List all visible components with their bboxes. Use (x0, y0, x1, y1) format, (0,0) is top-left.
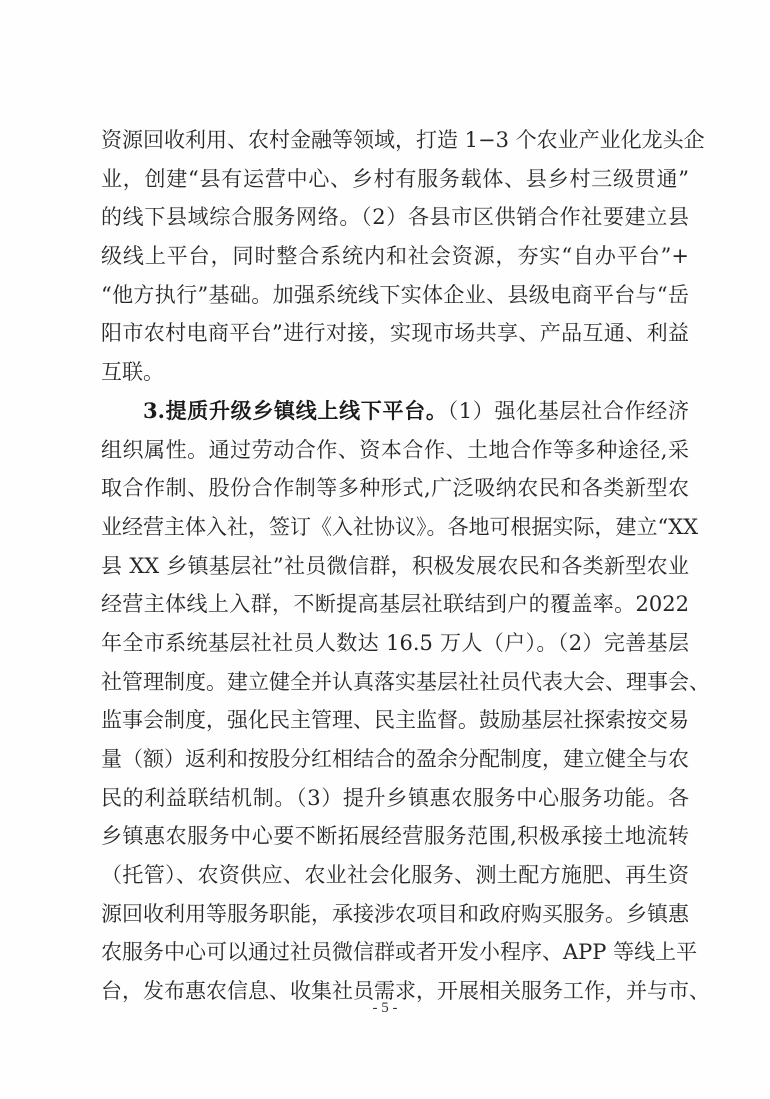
section-heading-line: 3.提质升级乡镇线上线下平台。（1）强化基层社合作经济 (101, 392, 689, 431)
text-line: 社管理制度。建立健全并认真落实基层社社员代表大会、理事会、 (101, 663, 689, 702)
text-line: 的线下县域综合服务网络。（2）各县市区供销合作社要建立县 (101, 198, 689, 237)
text-line: 取合作制、股份合作制等多种形式,广泛吸纳农民和各类新型农 (101, 469, 689, 508)
text-line: 量（额）返利和按股分红相结合的盈余分配制度，建立健全与农 (101, 740, 689, 779)
text-line: （1）强化基层社合作经济 (448, 399, 689, 423)
page-number: - 5 - (0, 1000, 770, 1017)
body-text: 资源回收利用、农村金融等领域，打造 1−3 个农业产业化龙头企 业，创建“县有运… (101, 121, 691, 1011)
text-line: 阳市农村电商平台”进行对接，实现市场共享、产品互通、利益 (101, 314, 689, 353)
text-line: 经营主体线上入群，不断提高基层社联结到户的覆盖率。2022 (101, 585, 689, 624)
text-line: 民的利益联结机制。（3）提升乡镇惠农服务中心服务功能。各 (101, 779, 689, 818)
text-line: 资源回收利用、农村金融等领域，打造 1−3 个农业产业化龙头企 (101, 121, 689, 160)
text-line: 监事会制度，强化民主管理、民主监督。鼓励基层社探索按交易 (101, 701, 689, 740)
text-line: （托管）、农资供应、农业社会化服务、测土配方施肥、再生资 (101, 856, 689, 895)
section-heading: 3.提质升级乡镇线上线下平台。 (143, 398, 448, 423)
text-line: 源回收利用等服务职能，承接涉农项目和政府购买服务。乡镇惠 (101, 895, 689, 934)
text-line: 农服务中心可以通过社员微信群或者开发小程序、APP 等线上平 (101, 933, 689, 972)
text-line: 互联。 (101, 353, 689, 392)
text-line: 县 XX 乡镇基层社”社员微信群，积极发展农民和各类新型农业 (101, 547, 689, 586)
text-line: 组织属性。通过劳动合作、资本合作、土地合作等多种途径,采 (101, 431, 689, 470)
document-page: 资源回收利用、农村金融等领域，打造 1−3 个农业产业化龙头企 业，创建“县有运… (0, 0, 770, 1099)
text-line: 年全市系统基层社社员人数达 16.5 万人（户）。（2）完善基层 (101, 624, 689, 663)
text-line: “他方执行”基础。加强系统线下实体企业、县级电商平台与“岳 (101, 276, 689, 315)
text-line: 业，创建“县有运营中心、乡村有服务载体、县乡村三级贯通” (101, 160, 689, 199)
text-line: 级线上平台，同时整合系统内和社会资源，夯实“自办平台”+ (101, 237, 689, 276)
text-line: 乡镇惠农服务中心要不断拓展经营服务范围,积极承接土地流转 (101, 817, 689, 856)
text-line: 业经营主体入社，签订《入社协议》。各地可根据实际，建立“XX (101, 508, 689, 547)
